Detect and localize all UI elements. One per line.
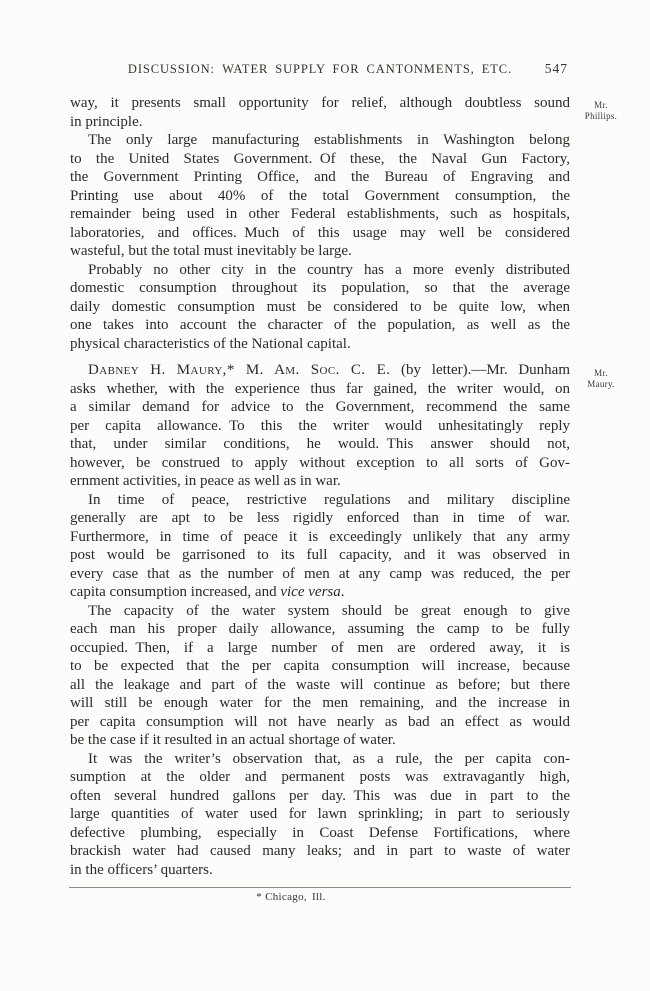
water-system-capacity-paragraph: The capacity of the water system should … (70, 602, 570, 750)
text-segment: (by letter).—Mr. Dunham (390, 362, 570, 378)
text-line: the Government Printing Office, and the … (70, 168, 570, 187)
text-segment: . (341, 584, 345, 600)
text-line: The capacity of the water system should … (70, 602, 570, 621)
margin-note-maury-line2: Maury. (572, 379, 630, 390)
text-block: way, it presents small opportunity for r… (70, 94, 570, 879)
margin-note-maury-line1: Mr. (572, 368, 630, 379)
text-line: It was the writer’s observation that, as… (70, 750, 570, 769)
text-line: however, be construed to apply without e… (70, 454, 570, 473)
margin-note-phillips-line2: Phillips. (572, 111, 630, 122)
maury-reply-paragraph: Dabney H. Maury,* M. Am. Soc. C. E. (by … (70, 361, 570, 491)
footnote: *Chicago, Ill. (70, 891, 512, 903)
peacetime-discipline-paragraph: In time of peace, restrictive regulation… (70, 491, 570, 602)
italic-text: vice versa (280, 584, 340, 600)
text-line: laboratories, and offices. Much of this … (70, 224, 570, 243)
text-line: capita consumption increased, and vice v… (70, 583, 570, 602)
text-line: to the United States Government. Of thes… (70, 150, 570, 169)
text-line: all the leakage and part of the waste wi… (70, 676, 570, 695)
domestic-consumption-paragraph: Probably no other city in the country ha… (70, 261, 570, 354)
text-line: asks whether, with the experience thus f… (70, 380, 570, 399)
text-line: Dabney H. Maury,* M. Am. Soc. C. E. (by … (70, 361, 570, 380)
text-line: remainder being used in other Federal es… (70, 205, 570, 224)
text-line: wasteful, but the total must inevitably … (70, 242, 570, 261)
text-line: ernment activities, in peace as well as … (70, 472, 570, 491)
footnote-rule (69, 887, 571, 888)
text-line: to be expected that the per capita consu… (70, 657, 570, 676)
text-line: one takes into account the character of … (70, 316, 570, 335)
text-line: way, it presents small opportunity for r… (70, 94, 570, 113)
page-number: 547 (70, 61, 568, 77)
text-line: often several hundred gallons per day. T… (70, 787, 570, 806)
text-line: in the officers’ quarters. (70, 861, 570, 880)
text-segment: capita consumption increased, and (70, 584, 280, 600)
washington-manufacturing-paragraph: The only large manufacturing establishme… (70, 131, 570, 261)
text-line: Probably no other city in the country ha… (70, 261, 570, 280)
footnote-marker: * (256, 891, 262, 903)
text-line: a similar demand for advice to the Gover… (70, 398, 570, 417)
text-line: post would be garrisoned to its full cap… (70, 546, 570, 565)
text-line: brackish water had caused many leaks; an… (70, 842, 570, 861)
text-line: Furthermore, in time of peace it is exce… (70, 528, 570, 547)
text-line: defective plumbing, especially in Coast … (70, 824, 570, 843)
footnote-text: Chicago, Ill. (265, 891, 326, 903)
text-line: every case that as the number of men at … (70, 565, 570, 584)
text-line: sumption at the older and permanent post… (70, 768, 570, 787)
text-line: per capita consumption will not have nea… (70, 713, 570, 732)
text-line: be the case if it resulted in an actual … (70, 731, 570, 750)
text-line: The only large manufacturing establishme… (70, 131, 570, 150)
text-line: in principle. (70, 113, 570, 132)
margin-note-maury: Mr. Maury. (572, 368, 630, 389)
margin-note-phillips: Mr. Phillips. (572, 100, 630, 121)
text-line: domestic consumption throughout its popu… (70, 279, 570, 298)
text-line: will still be enough water for the men r… (70, 694, 570, 713)
text-line: generally are apt to be less rigidly enf… (70, 509, 570, 528)
text-line: daily domestic consumption must be consi… (70, 298, 570, 317)
per-capita-observation-paragraph: It was the writer’s observation that, as… (70, 750, 570, 880)
text-line: that, under similar conditions, he would… (70, 435, 570, 454)
text-line: occupied. Then, if a large number of men… (70, 639, 570, 658)
text-line: large quantities of water used for lawn … (70, 805, 570, 824)
text-line: per capita allowance. To this the writer… (70, 417, 570, 436)
text-line: each man his proper daily allowance, ass… (70, 620, 570, 639)
phillips-remarks-continuation: way, it presents small opportunity for r… (70, 94, 570, 131)
speaker-name-smallcaps: Dabney H. Maury,* M. Am. Soc. C. E. (88, 362, 390, 378)
text-line: physical characteristics of the National… (70, 335, 570, 354)
margin-note-phillips-line1: Mr. (572, 100, 630, 111)
text-line: Printing use about 40% of the total Gove… (70, 187, 570, 206)
document-page: DISCUSSION: WATER SUPPLY FOR CANTONMENTS… (0, 0, 650, 991)
text-line: In time of peace, restrictive regulation… (70, 491, 570, 510)
